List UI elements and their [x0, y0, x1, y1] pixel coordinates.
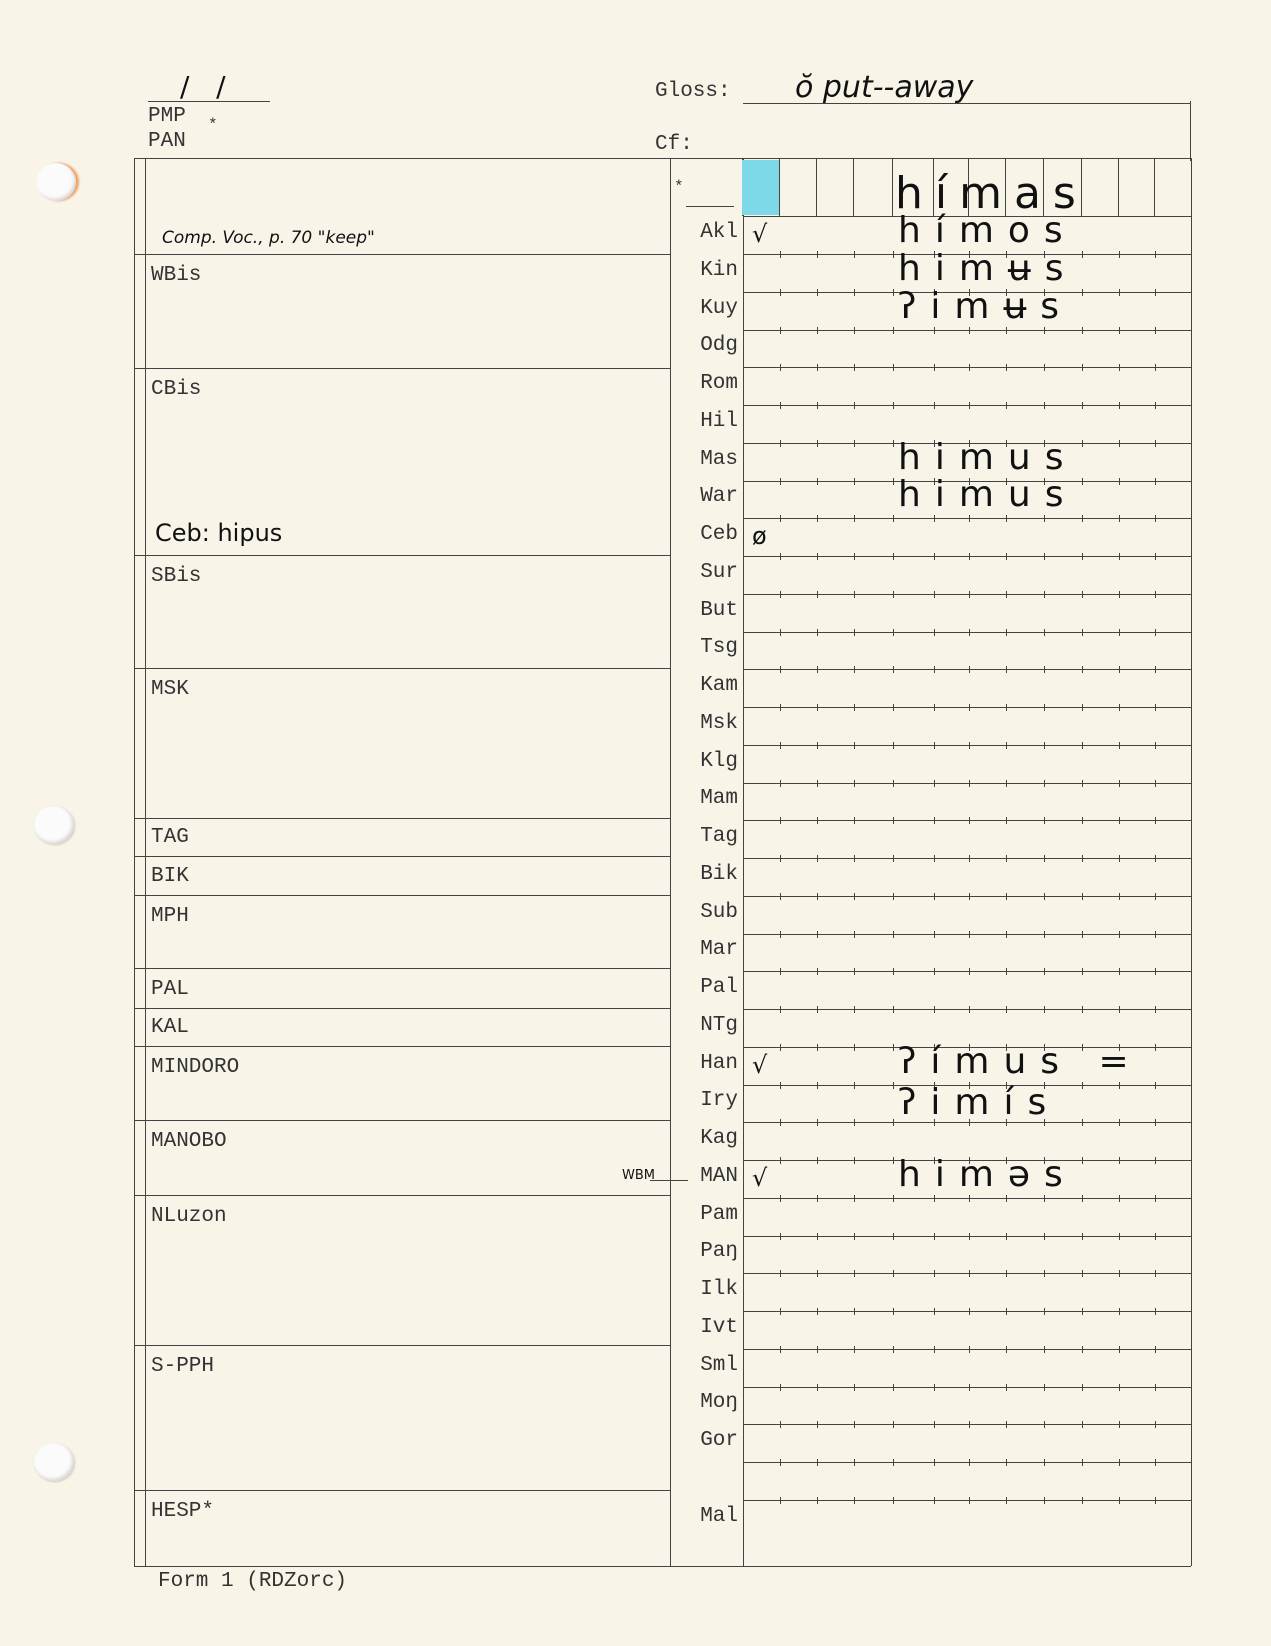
- row-tick: [1044, 1195, 1045, 1202]
- group-divider: [134, 1345, 670, 1346]
- row-tick: [817, 440, 818, 447]
- row-tick: [780, 893, 781, 900]
- row-tick: [1006, 327, 1007, 334]
- row-tick: [893, 1308, 894, 1315]
- row-tick: [1155, 1119, 1156, 1126]
- row-tick: [1082, 968, 1083, 975]
- row-tick: [1155, 1006, 1156, 1013]
- row-tick: [934, 968, 935, 975]
- row-tick: [780, 704, 781, 711]
- row-tick: [934, 780, 935, 787]
- language-label: Mam: [668, 787, 738, 810]
- language-label: Akl: [668, 221, 738, 244]
- row-tick: [969, 968, 970, 975]
- row-tick: [1006, 931, 1007, 938]
- row-line: [743, 669, 1191, 670]
- row-tick: [1006, 1459, 1007, 1466]
- reconstruction-blank: [686, 206, 734, 207]
- row-tick: [969, 515, 970, 522]
- row-tick: [1155, 289, 1156, 296]
- row-tick: [969, 931, 970, 938]
- reflex-form[interactable]: himus: [898, 437, 1077, 478]
- row-tick: [817, 1006, 818, 1013]
- row-tick: [1044, 666, 1045, 673]
- row-tick: [854, 1082, 855, 1089]
- reflex-form[interactable]: himəs: [898, 1154, 1077, 1195]
- row-tick: [1006, 1308, 1007, 1315]
- row-mark: √: [752, 220, 767, 248]
- row-tick: [1155, 666, 1156, 673]
- row-tick: [969, 1421, 970, 1428]
- row-tick: [1082, 440, 1083, 447]
- row-tick: [893, 1497, 894, 1504]
- row-tick: [893, 591, 894, 598]
- row-tick: [1044, 704, 1045, 711]
- row-tick: [854, 251, 855, 258]
- row-tick: [893, 1346, 894, 1353]
- row-tick: [934, 591, 935, 598]
- row-tick: [934, 893, 935, 900]
- row-tick: [1006, 1270, 1007, 1277]
- row-tick: [1006, 1346, 1007, 1353]
- row-tick: [854, 553, 855, 560]
- row-tick: [1119, 478, 1120, 485]
- row-line: [743, 556, 1191, 557]
- row-tick: [817, 1082, 818, 1089]
- row-tick: [893, 1044, 894, 1051]
- row-tick: [1119, 666, 1120, 673]
- row-tick: [1006, 1119, 1007, 1126]
- row-tick: [780, 931, 781, 938]
- reflex-form[interactable]: himʉs: [898, 248, 1077, 289]
- label-column-right: [743, 158, 744, 1566]
- row-tick: [893, 364, 894, 371]
- reflex-form[interactable]: himus: [898, 474, 1077, 515]
- group-divider: [134, 1195, 670, 1196]
- row-tick: [817, 1497, 818, 1504]
- group-label: CBis: [151, 378, 201, 401]
- row-line: [743, 1349, 1191, 1350]
- row-tick: [817, 1195, 818, 1202]
- row-tick: [1119, 1157, 1120, 1164]
- row-line: [743, 971, 1191, 972]
- row-tick: [817, 704, 818, 711]
- row-tick: [1082, 478, 1083, 485]
- row-tick: [893, 1384, 894, 1391]
- row-tick: [780, 629, 781, 636]
- group-label: MANOBO: [151, 1130, 227, 1153]
- language-label: Kag: [668, 1127, 738, 1150]
- row-line: [743, 820, 1191, 821]
- row-tick: [854, 893, 855, 900]
- row-tick: [934, 1270, 935, 1277]
- language-label: Klg: [668, 750, 738, 773]
- row-tick: [893, 251, 894, 258]
- row-tick: [934, 855, 935, 862]
- language-label: Mas: [668, 448, 738, 471]
- row-tick: [1044, 1346, 1045, 1353]
- row-tick: [780, 1308, 781, 1315]
- row-tick: [780, 1421, 781, 1428]
- group-label: SBis: [151, 565, 201, 588]
- row-tick: [780, 553, 781, 560]
- row-tick: [1119, 1421, 1120, 1428]
- row-tick: [1082, 666, 1083, 673]
- row-tick: [1082, 1459, 1083, 1466]
- row-tick: [1119, 515, 1120, 522]
- row-tick: [1082, 629, 1083, 636]
- row-tick: [854, 1346, 855, 1353]
- row-tick: [893, 478, 894, 485]
- row-tick: [1155, 364, 1156, 371]
- row-tick: [1082, 893, 1083, 900]
- row-tick: [1044, 402, 1045, 409]
- language-label: Mar: [668, 938, 738, 961]
- row-tick: [1155, 478, 1156, 485]
- row-tick: [1155, 780, 1156, 787]
- row-tick: [1006, 553, 1007, 560]
- row-tick: [817, 1157, 818, 1164]
- row-tick: [780, 1157, 781, 1164]
- row-tick: [817, 666, 818, 673]
- row-tick: [1044, 1421, 1045, 1428]
- group-label: KAL: [151, 1016, 189, 1039]
- row-tick: [1119, 251, 1120, 258]
- row-tick: [893, 1195, 894, 1202]
- row-tick: [817, 515, 818, 522]
- row-tick: [780, 1044, 781, 1051]
- language-label: Tag: [668, 825, 738, 848]
- row-tick: [1044, 742, 1045, 749]
- row-tick: [934, 1119, 935, 1126]
- row-tick: [893, 780, 894, 787]
- row-tick: [893, 402, 894, 409]
- row-tick: [780, 402, 781, 409]
- row-tick: [934, 704, 935, 711]
- language-label: Bik: [668, 863, 738, 886]
- row-tick: [1006, 629, 1007, 636]
- row-line: [743, 632, 1191, 633]
- row-tick: [854, 1044, 855, 1051]
- row-tick: [1006, 1384, 1007, 1391]
- row-tick: [969, 1497, 970, 1504]
- row-tick: [893, 629, 894, 636]
- row-tick: [1119, 1346, 1120, 1353]
- row-tick: [1006, 780, 1007, 787]
- row-tick: [934, 1346, 935, 1353]
- row-tick: [780, 591, 781, 598]
- row-tick: [1119, 327, 1120, 334]
- row-tick: [934, 817, 935, 824]
- row-tick: [1119, 1497, 1120, 1504]
- row-tick: [969, 780, 970, 787]
- reflex-form[interactable]: ʔimʉs: [898, 286, 1073, 327]
- row-tick: [934, 364, 935, 371]
- row-tick: [1044, 1384, 1045, 1391]
- row-tick: [969, 629, 970, 636]
- row-tick: [1082, 289, 1083, 296]
- row-tick: [1044, 1006, 1045, 1013]
- row-tick: [817, 289, 818, 296]
- row-tick: [893, 1459, 894, 1466]
- row-tick: [1044, 515, 1045, 522]
- row-tick: [817, 931, 818, 938]
- row-tick: [854, 931, 855, 938]
- row-tick: [1006, 1497, 1007, 1504]
- row-tick: [1044, 327, 1045, 334]
- row-tick: [1119, 931, 1120, 938]
- row-tick: [893, 440, 894, 447]
- row-tick: [817, 1308, 818, 1315]
- row-tick: [1044, 1233, 1045, 1240]
- row-tick: [817, 1459, 818, 1466]
- row-tick: [1119, 1006, 1120, 1013]
- row-tick: [1044, 553, 1045, 560]
- language-label: Sml: [668, 1354, 738, 1377]
- grid-column-line: [892, 158, 893, 216]
- row-tick: [893, 553, 894, 560]
- row-tick: [854, 780, 855, 787]
- row-tick: [1119, 1384, 1120, 1391]
- row-tick: [1119, 591, 1120, 598]
- row-tick: [1006, 515, 1007, 522]
- row-tick: [1155, 1459, 1156, 1466]
- row-tick: [780, 666, 781, 673]
- row-tick: [1119, 629, 1120, 636]
- row-tick: [1006, 1006, 1007, 1013]
- language-label: Ceb: [668, 523, 738, 546]
- grid-column-line: [1118, 158, 1119, 216]
- row-tick: [1155, 855, 1156, 862]
- form-id: Form 1 (RDZorc): [158, 1570, 347, 1593]
- group-divider: [134, 1490, 670, 1491]
- language-label: Kin: [668, 259, 738, 282]
- row-tick: [1119, 1270, 1120, 1277]
- row-tick: [817, 1346, 818, 1353]
- language-label: Hil: [668, 410, 738, 433]
- row-tick: [780, 1006, 781, 1013]
- row-tick: [780, 817, 781, 824]
- row-tick: [934, 742, 935, 749]
- row-tick: [969, 704, 970, 711]
- row-tick: [817, 364, 818, 371]
- row-tick: [893, 704, 894, 711]
- row-tick: [934, 402, 935, 409]
- group-divider: [134, 818, 670, 819]
- group-divider: [134, 1046, 670, 1047]
- row-tick: [854, 1459, 855, 1466]
- grid-column-line: [779, 158, 780, 216]
- row-tick: [817, 327, 818, 334]
- row-tick: [817, 1384, 818, 1391]
- row-tick: [934, 1308, 935, 1315]
- row-line: [743, 745, 1191, 746]
- group-label: TAG: [151, 826, 189, 849]
- row-line: [743, 1122, 1191, 1123]
- row-tick: [1119, 968, 1120, 975]
- row-tick: [854, 1006, 855, 1013]
- row-tick: [934, 1006, 935, 1013]
- row-tick: [893, 968, 894, 975]
- row-tick: [1082, 1384, 1083, 1391]
- language-label: Kuy: [668, 297, 738, 320]
- row-tick: [1155, 704, 1156, 711]
- language-label: Msk: [668, 712, 738, 735]
- row-tick: [1082, 327, 1083, 334]
- language-label: Moŋ: [668, 1391, 738, 1414]
- language-label: War: [668, 485, 738, 508]
- language-label: Odg: [668, 334, 738, 357]
- row-tick: [1155, 1346, 1156, 1353]
- language-label: Kam: [668, 674, 738, 697]
- row-tick: [854, 515, 855, 522]
- language-label: Mal: [668, 1505, 738, 1528]
- row-tick: [1155, 402, 1156, 409]
- row-tick: [893, 817, 894, 824]
- row-tick: [1044, 1270, 1045, 1277]
- reconstruction-form[interactable]: hímas: [895, 168, 1088, 219]
- row-tick: [780, 855, 781, 862]
- row-tick: [1119, 855, 1120, 862]
- grid-column-line: [816, 158, 817, 216]
- row-tick: [780, 742, 781, 749]
- row-tick: [854, 855, 855, 862]
- row-line: [743, 405, 1191, 406]
- row-tick: [1082, 1421, 1083, 1428]
- row-tick: [893, 1270, 894, 1277]
- row-tick: [1119, 1195, 1120, 1202]
- row-tick: [934, 629, 935, 636]
- row-tick: [1082, 931, 1083, 938]
- row-tick: [1044, 629, 1045, 636]
- group-label: PAL: [151, 978, 189, 1001]
- reconstruction-prefix: *: [674, 178, 684, 196]
- language-label: Ilk: [668, 1278, 738, 1301]
- language-label: Sub: [668, 901, 738, 924]
- row-tick: [854, 1195, 855, 1202]
- row-tick: [854, 704, 855, 711]
- row-tick: [780, 1384, 781, 1391]
- row-tick: [1006, 817, 1007, 824]
- row-tick: [1044, 855, 1045, 862]
- row-tick: [934, 666, 935, 673]
- row-tick: [934, 1233, 935, 1240]
- row-tick: [893, 931, 894, 938]
- language-label: MAN: [668, 1165, 738, 1188]
- row-tick: [893, 1233, 894, 1240]
- language-label: Han: [668, 1052, 738, 1075]
- row-tick: [1082, 1497, 1083, 1504]
- row-tick: [1044, 817, 1045, 824]
- row-mark: √: [752, 1164, 767, 1192]
- row-tick: [1119, 440, 1120, 447]
- row-tick: [1082, 515, 1083, 522]
- row-mark: ø: [752, 522, 767, 550]
- row-tick: [969, 402, 970, 409]
- group-divider: [134, 1008, 670, 1009]
- row-tick: [780, 251, 781, 258]
- row-tick: [780, 515, 781, 522]
- row-line: [743, 707, 1191, 708]
- row-tick: [1082, 251, 1083, 258]
- row-tick: [1006, 666, 1007, 673]
- row-tick: [854, 1119, 855, 1126]
- row-tick: [1044, 893, 1045, 900]
- row-tick: [817, 629, 818, 636]
- row-tick: [780, 1119, 781, 1126]
- row-tick: [1006, 1233, 1007, 1240]
- group-label: S-PPH: [151, 1355, 214, 1378]
- row-tick: [934, 1497, 935, 1504]
- row-tick: [817, 553, 818, 560]
- row-tick: [1119, 742, 1120, 749]
- group-divider: [134, 968, 670, 969]
- group-label: NLuzon: [151, 1205, 227, 1228]
- row-tick: [1044, 1459, 1045, 1466]
- row-tick: [1082, 1006, 1083, 1013]
- row-tick: [1155, 553, 1156, 560]
- group-label: BIK: [151, 865, 189, 888]
- row-tick: [1155, 1157, 1156, 1164]
- row-tick: [893, 855, 894, 862]
- row-tick: [1119, 553, 1120, 560]
- group-divider: [134, 856, 670, 857]
- row-tick: [1082, 591, 1083, 598]
- row-tick: [893, 742, 894, 749]
- row-tick: [1155, 1195, 1156, 1202]
- row-tick: [893, 666, 894, 673]
- row-tick: [780, 1195, 781, 1202]
- row-tick: [817, 742, 818, 749]
- row-tick: [854, 440, 855, 447]
- row-tick: [854, 968, 855, 975]
- row-tick: [1155, 629, 1156, 636]
- row-tick: [969, 364, 970, 371]
- row-tick: [1119, 893, 1120, 900]
- row-tick: [1155, 1233, 1156, 1240]
- row-tick: [1155, 251, 1156, 258]
- row-tick: [1119, 704, 1120, 711]
- row-tick: [1082, 1308, 1083, 1315]
- row-tick: [780, 1082, 781, 1089]
- row-tick: [1006, 591, 1007, 598]
- group-divider: [134, 668, 670, 669]
- row-tick: [969, 742, 970, 749]
- row-tick: [893, 289, 894, 296]
- row-line: [743, 1387, 1191, 1388]
- row-tick: [1006, 742, 1007, 749]
- row-tick: [1155, 440, 1156, 447]
- reflex-form[interactable]: ʔímus = ʔimís: [898, 1041, 1271, 1123]
- row-tick: [1082, 780, 1083, 787]
- row-tick: [969, 817, 970, 824]
- row-tick: [893, 515, 894, 522]
- row-line: [743, 518, 1191, 519]
- grid-column-line: [853, 158, 854, 216]
- group-divider: [134, 555, 670, 556]
- row-tick: [934, 553, 935, 560]
- row-tick: [854, 364, 855, 371]
- row-tick: [854, 742, 855, 749]
- group-divider: [134, 1120, 670, 1121]
- row-line: [743, 858, 1191, 859]
- row-line: [743, 1424, 1191, 1425]
- table-right-border: [1191, 158, 1192, 1566]
- highlight-cell: [742, 160, 779, 215]
- row-tick: [893, 1119, 894, 1126]
- language-label: Gor: [668, 1429, 738, 1452]
- row-tick: [969, 1308, 970, 1315]
